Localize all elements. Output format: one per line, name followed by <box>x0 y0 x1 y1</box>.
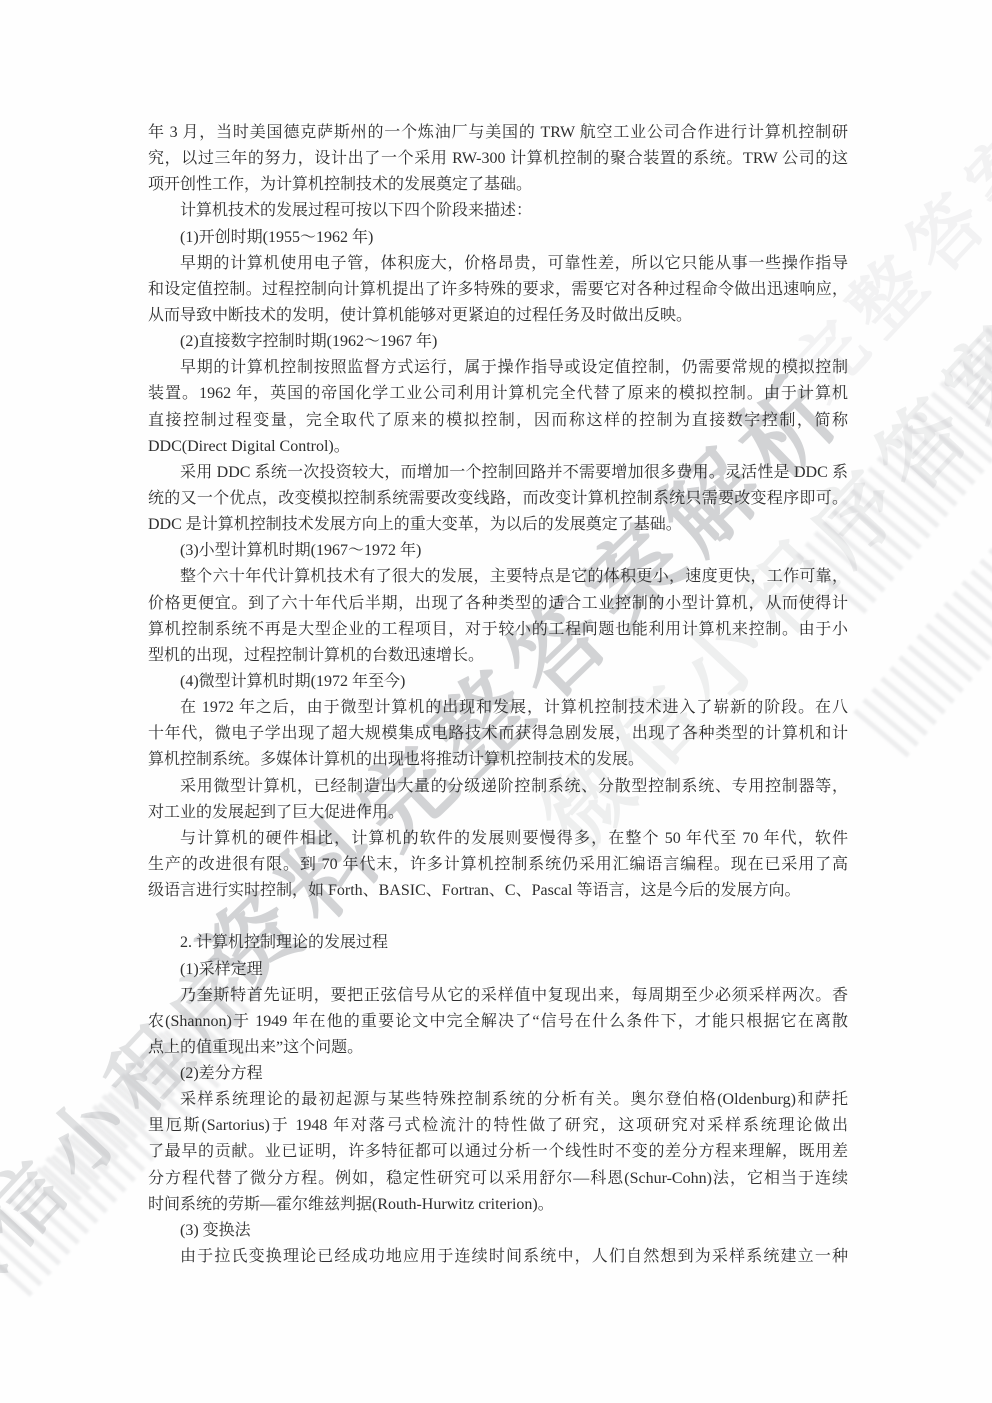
text-line: 项开创性工作，为计算机控制技术的发展奠定了基础。 <box>148 172 848 198</box>
text-line: (3) 变换法 <box>148 1218 848 1244</box>
text-line: 与计算机的硬件相比，计算机的软件的发展则要慢得多，在整个 50 年代至 70 年… <box>148 826 848 852</box>
text-line: (4)微型计算机时期(1972 年至今) <box>148 669 848 695</box>
text-line: 时间系统的劳斯—霍尔维兹判据(Routh-Hurwitz criterion)。 <box>148 1192 848 1218</box>
scan-streak <box>853 421 992 757</box>
text-line: 分方程代替了微分方程。例如，稳定性研究可以采用舒尔—科恩(Schur-Cohn)… <box>148 1166 848 1192</box>
text-line: 型机的出现，过程控制计算机的台数迅速增长。 <box>148 643 848 669</box>
text-line: 农(Shannon)于 1949 年在他的重要论文中完全解决了“信号在什么条件下… <box>148 1009 848 1035</box>
text-line: 直接控制过程变量，完全取代了原来的模拟控制，因而称这样的控制为直接数字控制，简称 <box>148 408 848 434</box>
text-line: 究，以过三年的努力，设计出了一个采用 RW-300 计算机控制的聚合装置的系统。… <box>148 146 848 172</box>
text-line: 算机控制系统。多媒体计算机的出现也将推动计算机控制技术的发展。 <box>148 747 848 773</box>
text-line: 对工业的发展起到了巨大促进作用。 <box>148 800 848 826</box>
text-line: DDC(Direct Digital Control)。 <box>148 434 848 460</box>
document-text: 年 3 月，当时美国德克萨斯州的一个炼油厂与美国的 TRW 航空工业公司合作进行… <box>148 120 848 1270</box>
text-line: (2)差分方程 <box>148 1061 848 1087</box>
text-line: 计算机技术的发展过程可按以下四个阶段来描述： <box>148 198 848 224</box>
text-line: 点上的值重现出来”这个问题。 <box>148 1035 848 1061</box>
text-line: 从而导致中断技术的发明，使计算机能够对更紧迫的过程任务及时做出反映。 <box>148 303 848 329</box>
text-line: 早期的计算机使用电子管，体积庞大，价格昂贵，可靠性差，所以它只能从事一些操作指导 <box>148 251 848 277</box>
text-line: 了最早的贡献。业已证明，许多特征都可以通过分析一个线性时不变的差分方程来理解，既… <box>148 1139 848 1165</box>
text-line: 采用微型计算机，已经制造出大量的分级递阶控制系统、分散型控制系统、专用控制器等， <box>148 774 848 800</box>
text-line: 采样系统理论的最初起源与某些特殊控制系统的分析有关。奥尔登伯格(Oldenbur… <box>148 1087 848 1113</box>
text-line: 采用 DDC 系统一次投资较大，而增加一个控制回路并不需要增加很多费用。灵活性是… <box>148 460 848 486</box>
text-line: 级语言进行实时控制，如 Forth、BASIC、Fortran、C、Pascal… <box>148 878 848 904</box>
text-line: (1)采样定理 <box>148 957 848 983</box>
text-line: 乃奎斯特首先证明，要把正弦信号从它的采样值中复现出来，每周期至少必须采样两次。香 <box>148 983 848 1009</box>
text-line: 生产的改进很有限。到 70 年代末，许多计算机控制系统仍采用汇编语言编程。现在已… <box>148 852 848 878</box>
text-line: DDC 是计算机控制技术发展方向上的重大变革，为以后的发展奠定了基础。 <box>148 512 848 538</box>
text-line: 算机控制系统不再是大型企业的工程项目，对于较小的工程问题也能利用计算机来控制。由… <box>148 617 848 643</box>
text-line: 十年代，微电子学出现了超大规模集成电路技术而获得急剧发展，出现了各种类型的计算机… <box>148 721 848 747</box>
text-line: 2. 计算机控制理论的发展过程 <box>148 930 848 956</box>
text-line: 装置。1962 年，英国的帝国化学工业公司利用计算机完全代替了原来的模拟控制。由… <box>148 381 848 407</box>
text-line: 早期的计算机控制按照监督方式运行，属于操作指导或设定值控制，仍需要常规的模拟控制 <box>148 355 848 381</box>
text-line: 由于拉氏变换理论已经成功地应用于连续时间系统中，人们自然想到为采样系统建立一种 <box>148 1244 848 1270</box>
document-page: 资料完整答案解析微信小程序微信小程序答案完整答案 年 3 月，当时美国德克萨斯州… <box>0 0 992 1403</box>
text-line: 价格更便宜。到了六十年代后半期，出现了各种类型的适合工业控制的小型计算机，从而使… <box>148 591 848 617</box>
text-line: 统的又一个优点，改变模拟控制系统需要改变线路，而改变计算机控制系统只需要改变程序… <box>148 486 848 512</box>
text-line: 和设定值控制。过程控制向计算机提出了许多特殊的要求，需要它对各种过程命令做出迅速… <box>148 277 848 303</box>
text-line: (3)小型计算机时期(1967～1972 年) <box>148 538 848 564</box>
text-line: (2)直接数字控制时期(1962～1967 年) <box>148 329 848 355</box>
text-line: (1)开创时期(1955～1962 年) <box>148 225 848 251</box>
text-line: 整个六十年代计算机技术有了很大的发展，主要特点是它的体积更小，速度更快，工作可靠… <box>148 564 848 590</box>
text-line: 年 3 月，当时美国德克萨斯州的一个炼油厂与美国的 TRW 航空工业公司合作进行… <box>148 120 848 146</box>
text-line: 里厄斯(Sartorius)于 1948 年对落弓式检流汁的特性做了研究，这项研… <box>148 1113 848 1139</box>
text-line: 在 1972 年之后，由于微型计算机的出现和发展，计算机控制技术进入了崭新的阶段… <box>148 695 848 721</box>
